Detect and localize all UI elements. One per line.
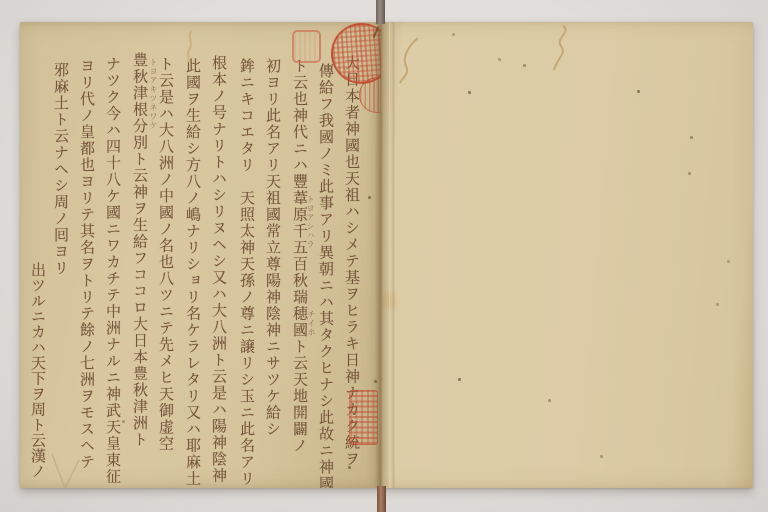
speck (690, 136, 693, 139)
speck (348, 466, 351, 469)
text-column: 此國ヲ生給シ方八ノ嶋ナリショリ名ケラレタリ又ハ耶麻土 (185, 58, 200, 487)
right-page (381, 22, 753, 488)
furigana-annotation: トヨアシハラ (306, 195, 314, 249)
speck (122, 420, 125, 423)
furigana-annotation: チイホ (307, 310, 315, 337)
text-column: ト云也神代ニハ豐葦原千五百秋瑞穂國ト云天地開闢ノ (292, 58, 307, 454)
stain (183, 29, 199, 65)
pencil-check-mark (50, 450, 82, 488)
text-column: 鉾ニキコエタリ 天照太神天孫ノ尊ニ譲リシ玉ニ此名アリ (239, 58, 254, 487)
speck (368, 196, 371, 199)
square-script-seal (349, 390, 378, 445)
gutter-crease-highlight (389, 22, 395, 488)
text-column: 初ヨリ此名アリ天祖國常立尊陽神陰神ニサツケ給シ (265, 58, 280, 438)
speck (523, 64, 526, 67)
stain (549, 24, 577, 74)
text-column: ト云是ハ大八洲ノ中國ノ名也八ツニテ先メヒ天御虚空 (158, 56, 173, 452)
speck (716, 303, 719, 306)
stacked-page-edges (737, 22, 753, 488)
left-page: 大日本者神國也天祖ハシメテ基ヲヒラキ日神ナカク統ヲ 傳給フ我國ノミ此事アリ異朝ニ… (20, 22, 381, 488)
photograph-background: 大日本者神國也天祖ハシメテ基ヲヒラキ日神ナカク統ヲ 傳給フ我國ノミ此事アリ異朝ニ… (0, 0, 768, 512)
text-column: 出ツルニカハ天下ヲ周ト云漢ノ (30, 262, 45, 479)
text-column: ナツク今ハ四十八ケ國ニワカチテ中洲ナルニ神武天皇東征 (105, 56, 120, 485)
text-column: 傳給フ我國ノミ此事アリ異朝ニハ其タクヒナシ此故ニ神國 (318, 63, 333, 488)
speck (452, 33, 455, 36)
mounting-strap-bottom (377, 486, 386, 512)
square-outline-seal (292, 30, 321, 63)
text-column: 邪麻土ト云ナヘシ周ノ囘ヨリ (53, 62, 68, 277)
speck (498, 58, 501, 61)
stain (397, 36, 423, 86)
speck (548, 399, 551, 402)
speck (468, 91, 471, 94)
furigana-annotation: トヨアキツネワケ (149, 58, 157, 130)
text-column: ヨリ代ノ皇都也ヨリテ其名ヲトリテ餘ノ七洲ヲモスヘテ (79, 58, 94, 471)
mounting-strap-top (376, 0, 385, 24)
manuscript-book: 大日本者神國也天祖ハシメテ基ヲヒラキ日神ナカク統ヲ 傳給フ我國ノミ此事アリ異朝ニ… (20, 22, 753, 488)
speck (458, 378, 461, 381)
text-column: 根本ノ号ナリトハシリヌヘシ又ハ大八洲ト云是ハ陽神陰神 (211, 55, 226, 484)
speck (727, 260, 730, 263)
speck (600, 455, 603, 458)
speck (688, 172, 691, 175)
text-column: 豊秋津根分別ト云神ヲ生給フココロ大日本豊秋津洲ト (132, 52, 147, 448)
book-gutter (375, 22, 387, 488)
speck (637, 90, 640, 93)
